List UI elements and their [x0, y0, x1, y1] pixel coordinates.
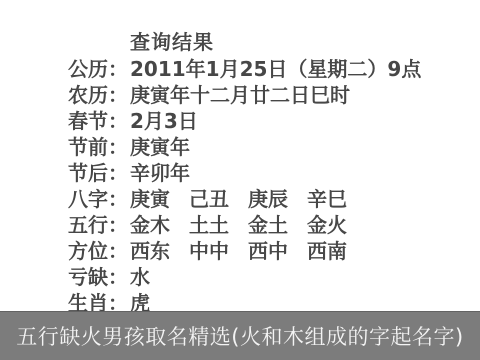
- direction-pair: 中中: [189, 238, 248, 264]
- result-row-lunar: 农历：庚寅年十二月廿二日巳时: [68, 82, 421, 108]
- result-row-gregorian: 公历：2011年1月25日（星期二）9点: [68, 56, 421, 82]
- bazi-pillar: 庚寅: [130, 186, 189, 212]
- bazi-pillar: 辛巳: [307, 186, 366, 212]
- direction-pair: 西中: [248, 238, 307, 264]
- direction-pair: 西东: [130, 238, 189, 264]
- footer-caption: 五行缺火男孩取名精选(火和木组成的字起名字): [16, 321, 463, 351]
- row-label: 农历：: [68, 82, 130, 108]
- row-value: 2011年1月25日（星期二）9点: [130, 57, 421, 81]
- row-label: 节后：: [68, 160, 130, 186]
- result-row-lacking-element: 亏缺：水: [68, 264, 421, 290]
- row-value: 庚寅年: [130, 135, 190, 159]
- page-title: 查询结果: [130, 26, 214, 55]
- row-label: 节前：: [68, 134, 130, 160]
- direction-pair: 西南: [307, 238, 366, 264]
- query-result-page: 查询结果 公历：2011年1月25日（星期二）9点 农历：庚寅年十二月廿二日巳时…: [0, 0, 480, 360]
- result-list: 公历：2011年1月25日（星期二）9点 农历：庚寅年十二月廿二日巳时 春节：2…: [68, 56, 421, 316]
- bazi-pillar: 己丑: [189, 186, 248, 212]
- result-row-before-festival: 节前：庚寅年: [68, 134, 421, 160]
- element-pair: 金土: [248, 212, 307, 238]
- bazi-pillar: 庚辰: [248, 186, 307, 212]
- row-label: 公历：: [68, 56, 130, 82]
- row-label: 春节：: [68, 108, 130, 134]
- row-label: 五行：: [68, 212, 130, 238]
- row-value: 水: [130, 265, 150, 289]
- row-value: 2月3日: [130, 109, 198, 133]
- result-row-spring-festival: 春节：2月3日: [68, 108, 421, 134]
- result-row-five-elements: 五行：金木土土金土金火: [68, 212, 421, 238]
- element-pair: 金火: [307, 212, 366, 238]
- row-label: 亏缺：: [68, 264, 130, 290]
- row-value: 庚寅年十二月廿二日巳时: [130, 83, 350, 107]
- row-label: 八字：: [68, 186, 130, 212]
- result-row-after-festival: 节后：辛卯年: [68, 160, 421, 186]
- row-label: 方位：: [68, 238, 130, 264]
- element-pair: 土土: [189, 212, 248, 238]
- result-row-bazi: 八字：庚寅己丑庚辰辛巳: [68, 186, 421, 212]
- footer-bar: 五行缺火男孩取名精选(火和木组成的字起名字): [0, 311, 480, 360]
- element-pair: 金木: [130, 212, 189, 238]
- result-row-directions: 方位：西东中中西中西南: [68, 238, 421, 264]
- row-value: 辛卯年: [130, 161, 190, 185]
